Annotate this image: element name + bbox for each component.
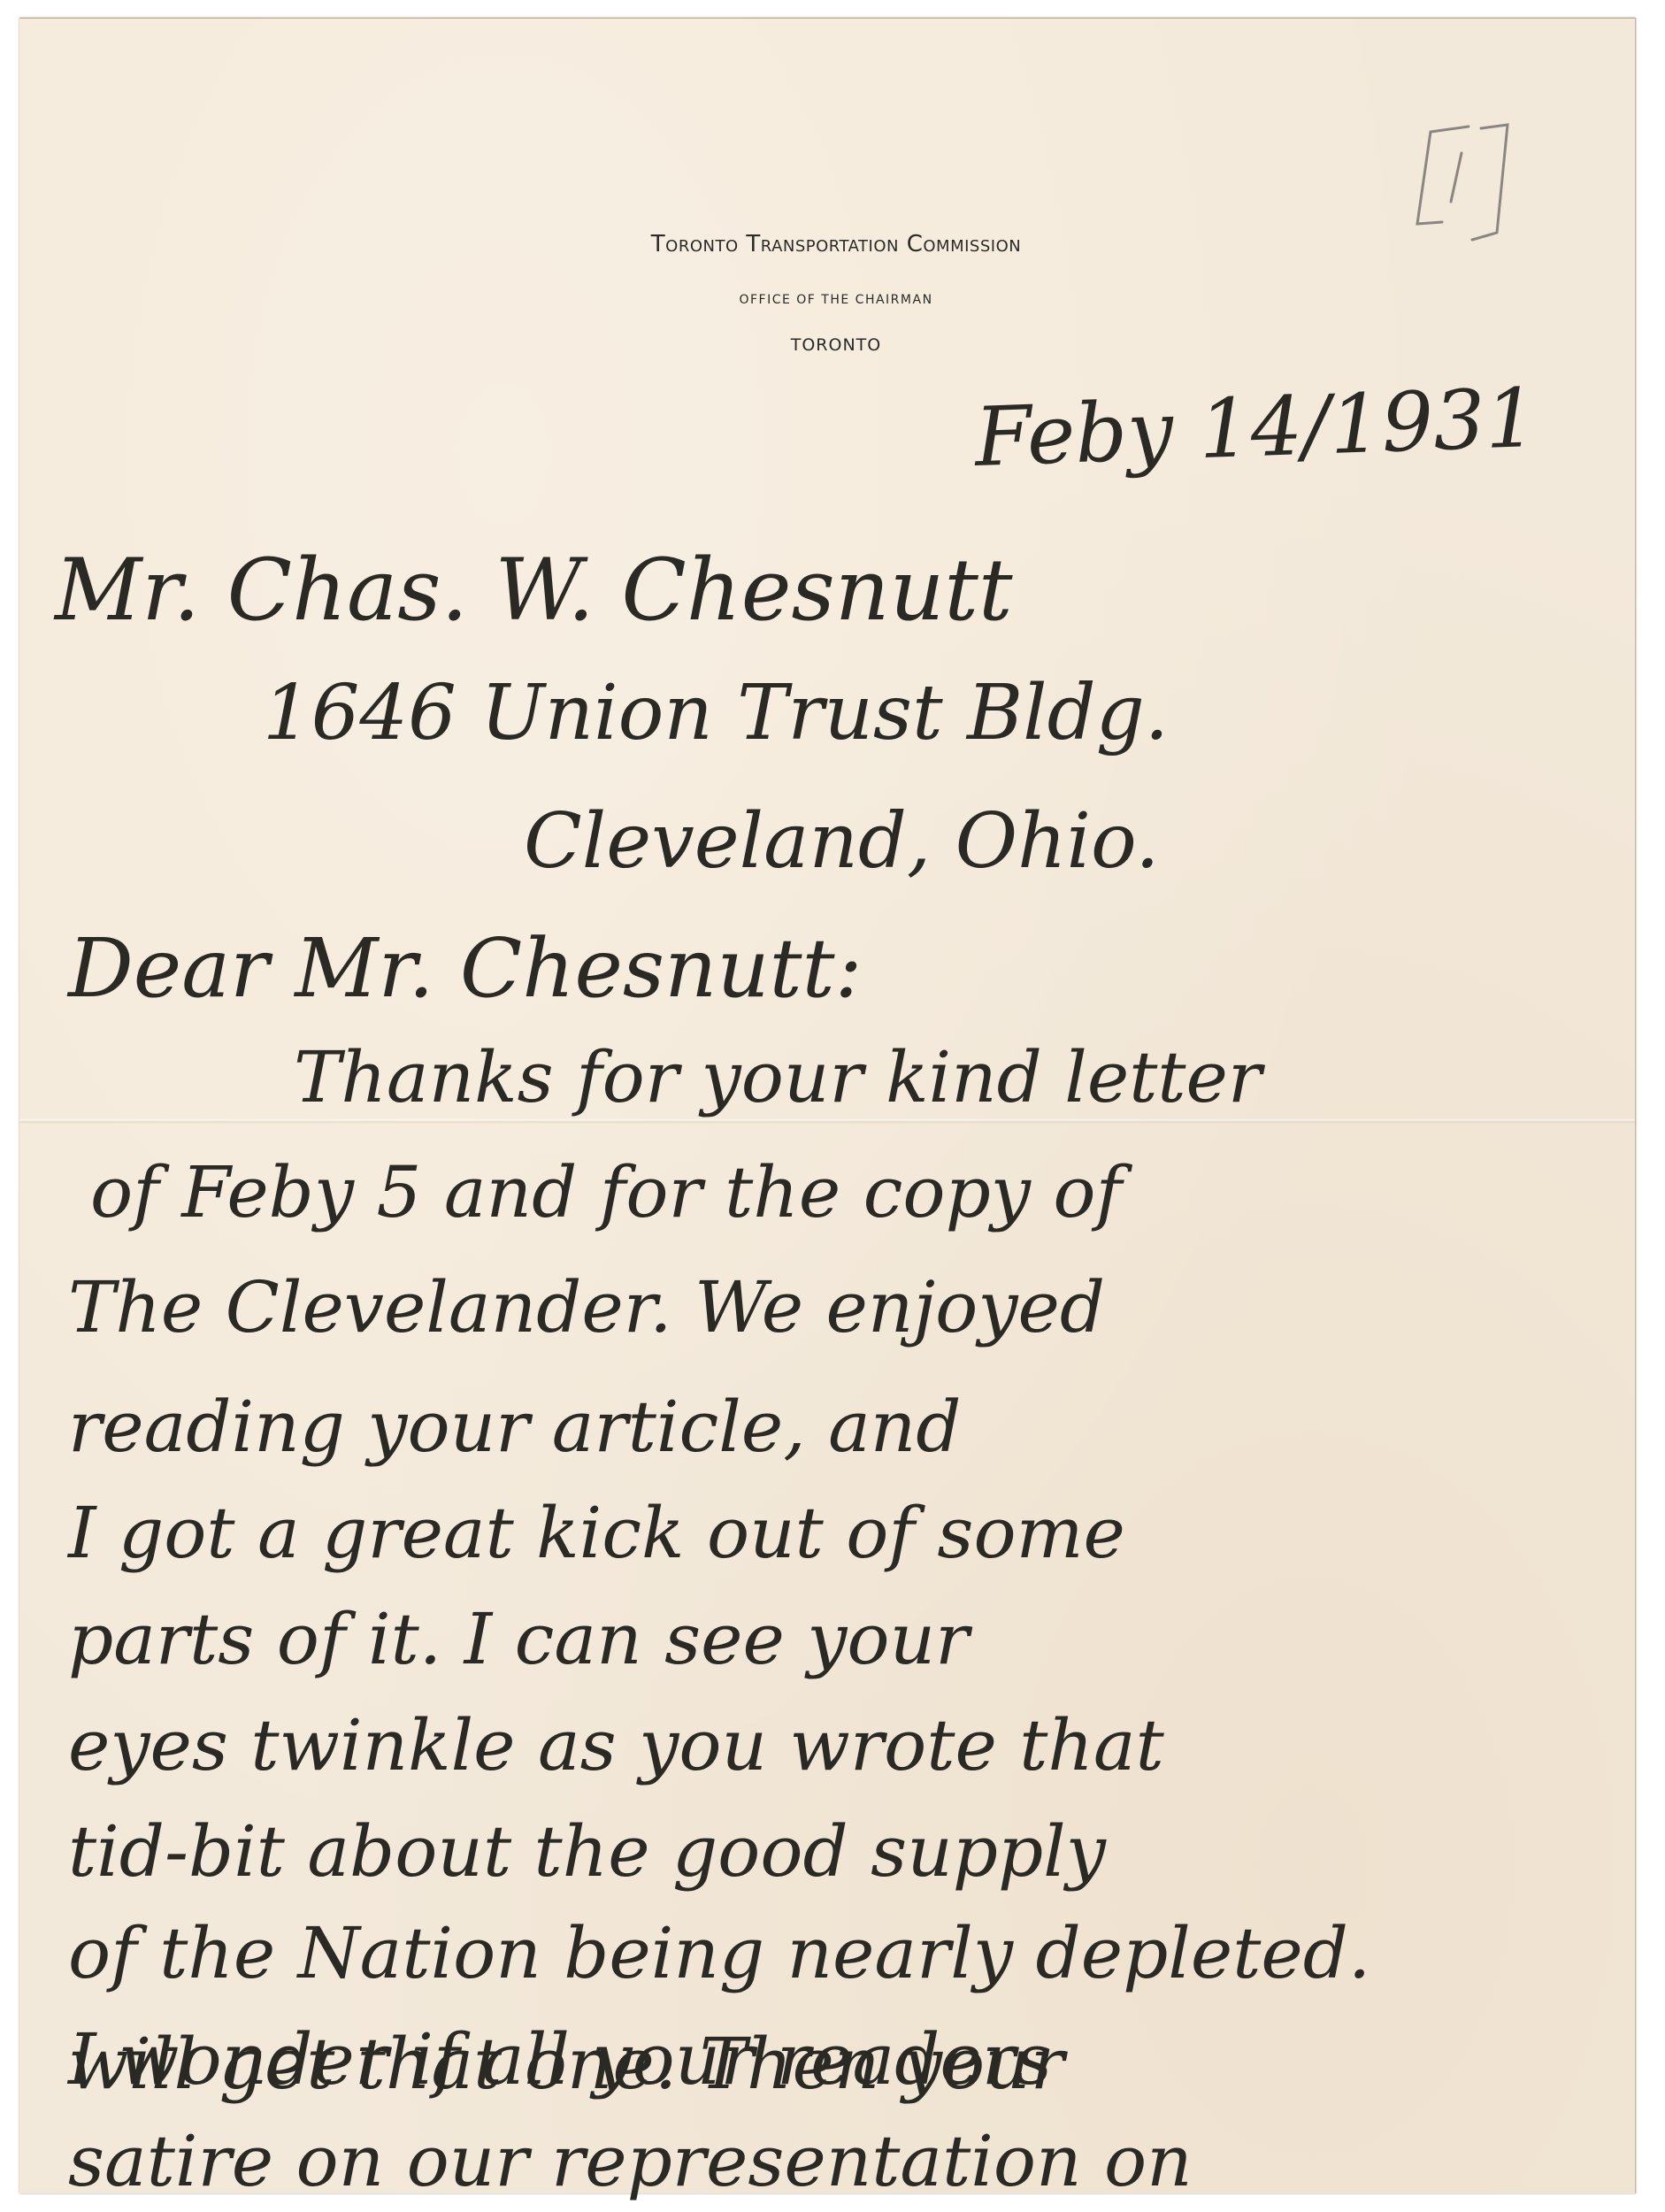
body-line: of the Nation being nearly depleted. — [68, 1912, 1370, 1994]
body-line: reading your article, and — [68, 1386, 962, 1468]
body-line: satire on our representation on — [68, 2120, 1193, 2202]
body-line: parts of it. I can see your — [68, 1598, 969, 1680]
body-line: The Clevelander. We enjoyed — [68, 1266, 1105, 1348]
archive-page-number-mark — [1400, 118, 1532, 242]
recipient-city: Cleveland, Ohio. — [524, 797, 1160, 886]
letterhead-organization: Toronto Transportation Commission — [19, 231, 1653, 257]
body-line: eyes twinkle as you wrote that — [68, 1704, 1164, 1786]
salutation: Dear Mr. Chesnutt: — [68, 921, 863, 1016]
letter-page: Toronto Transportation Commission OFFICE… — [19, 18, 1636, 2193]
body-line: will get that one. Then your — [68, 2023, 1064, 2105]
body-line: I got a great kick out of some — [68, 1492, 1125, 1574]
paper-fold-line — [19, 1118, 1635, 1124]
letterhead-city: TORONTO — [19, 335, 1653, 355]
recipient-name: Mr. Chas. W. Chesnutt — [55, 541, 1013, 640]
body-line: tid-bit about the good supply — [68, 1810, 1106, 1893]
body-line: of Feby 5 and for the copy of — [90, 1151, 1122, 1233]
letter-date: Feby 14/1931 — [973, 371, 1538, 485]
body-line: Thanks for your kind letter — [294, 1036, 1262, 1118]
recipient-street: 1646 Union Trust Bldg. — [263, 669, 1169, 757]
letterhead-office: OFFICE OF THE CHAIRMAN — [19, 293, 1653, 307]
